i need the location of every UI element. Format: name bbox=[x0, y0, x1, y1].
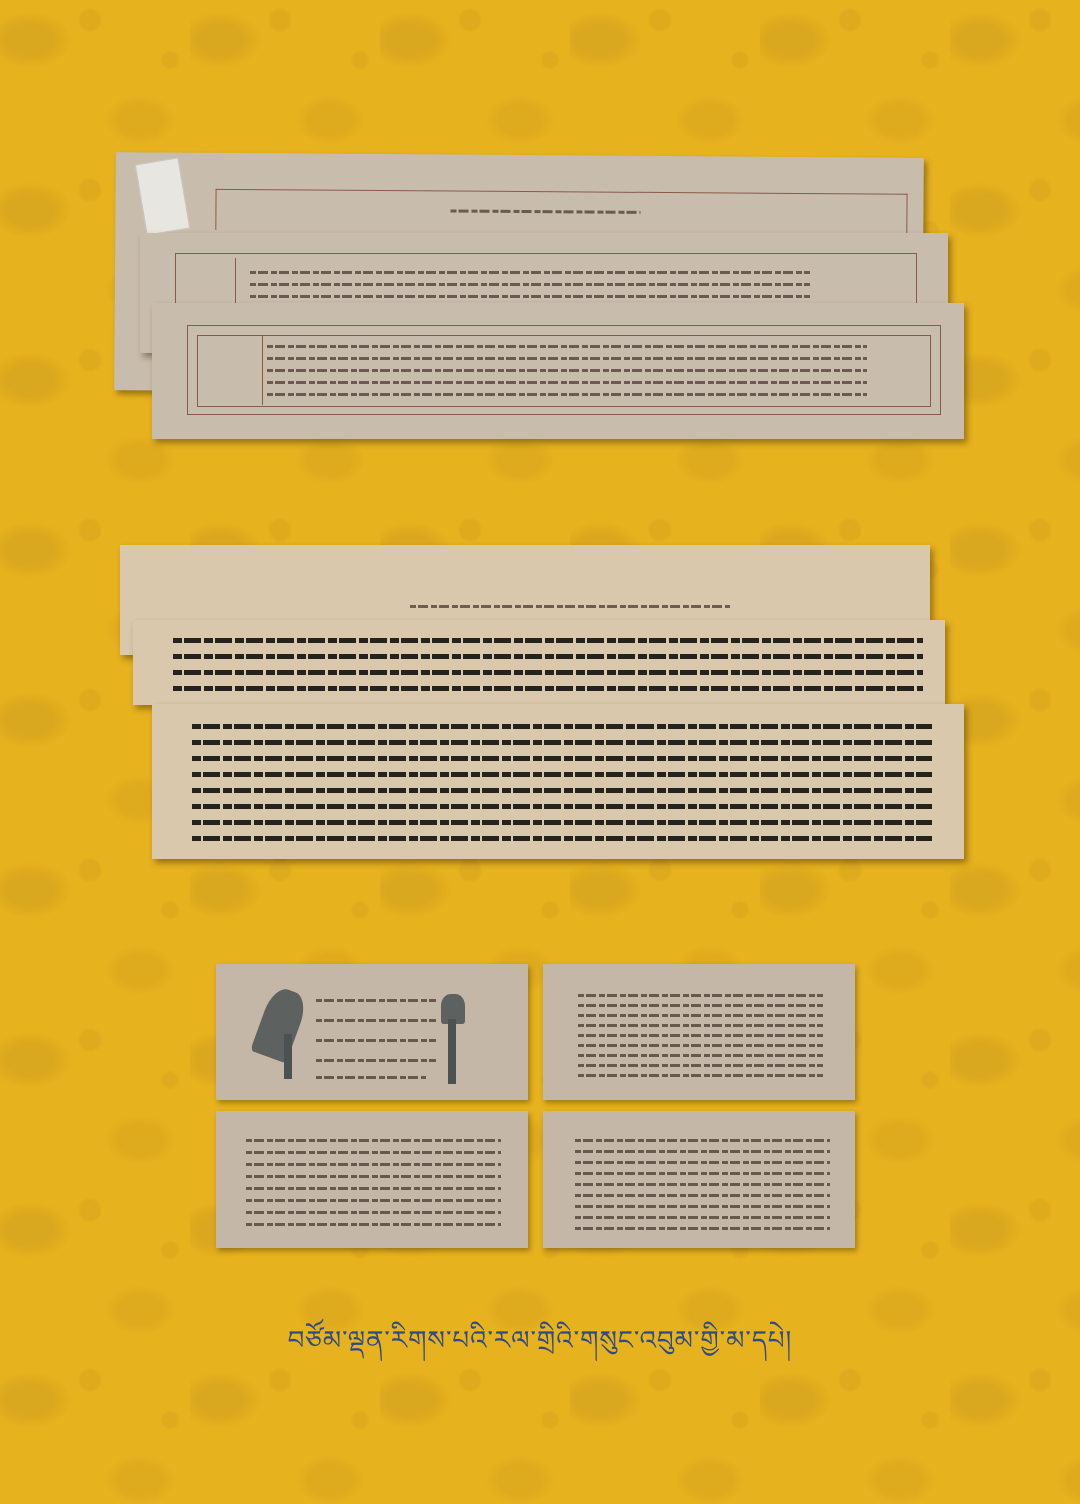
text-line bbox=[192, 820, 932, 825]
text-line bbox=[316, 1059, 436, 1062]
text-line bbox=[250, 271, 810, 274]
text-line bbox=[575, 1139, 830, 1142]
text-line bbox=[578, 1074, 823, 1077]
text-line bbox=[173, 686, 923, 691]
text-line bbox=[316, 999, 436, 1002]
tile-illustrated-folio bbox=[216, 964, 528, 1100]
text-line bbox=[192, 788, 932, 793]
label-slip bbox=[135, 157, 190, 235]
text-line bbox=[575, 1227, 830, 1230]
text-line bbox=[578, 1014, 823, 1017]
text-line bbox=[575, 1183, 830, 1186]
text-line bbox=[578, 1004, 823, 1007]
text-line bbox=[267, 393, 867, 396]
text-line bbox=[267, 369, 867, 372]
figure-stand bbox=[448, 1019, 456, 1084]
text-line bbox=[578, 1024, 823, 1027]
text-line bbox=[316, 1039, 436, 1042]
text-line bbox=[316, 1019, 436, 1022]
text-line bbox=[578, 1034, 823, 1037]
text-line bbox=[192, 772, 932, 777]
text-line bbox=[192, 740, 932, 745]
text-line bbox=[192, 724, 932, 729]
text-line bbox=[246, 1211, 501, 1214]
folio-3 bbox=[152, 704, 964, 859]
text-line bbox=[575, 1216, 830, 1219]
text-line bbox=[246, 1223, 501, 1226]
text-line bbox=[578, 1054, 823, 1057]
text-line bbox=[316, 1076, 426, 1079]
tile-text-folio-c bbox=[543, 1111, 855, 1248]
text-line bbox=[192, 836, 932, 841]
tibetan-caption: བཙོམ་ལྡན་རིགས་པའི་རལ་གྲིའི་གསུང་འབུམ་གྱི… bbox=[0, 1312, 1080, 1385]
text-line bbox=[192, 804, 932, 809]
text-line bbox=[173, 638, 923, 643]
text-line bbox=[578, 1064, 823, 1067]
text-line bbox=[267, 381, 867, 384]
conch-figure-icon bbox=[250, 985, 310, 1064]
folio-2 bbox=[133, 620, 945, 705]
text-line bbox=[575, 1161, 830, 1164]
text-line bbox=[578, 1044, 823, 1047]
text-line bbox=[246, 1139, 501, 1142]
text-line bbox=[246, 1151, 501, 1154]
text-line bbox=[173, 670, 923, 675]
text-line bbox=[246, 1187, 501, 1190]
text-line bbox=[267, 357, 867, 360]
text-line bbox=[246, 1175, 501, 1178]
tile-text-folio-b bbox=[216, 1111, 528, 1248]
text-line bbox=[173, 654, 923, 659]
text-line bbox=[192, 756, 932, 761]
text-line bbox=[575, 1194, 830, 1197]
text-line bbox=[246, 1199, 501, 1202]
title-text-line bbox=[410, 605, 730, 608]
text-line bbox=[246, 1163, 501, 1166]
text-line bbox=[578, 994, 823, 997]
text-line bbox=[575, 1150, 830, 1153]
text-line bbox=[575, 1205, 830, 1208]
tile-text-folio-a bbox=[543, 964, 855, 1100]
margin-rule bbox=[262, 335, 263, 405]
text-line bbox=[250, 283, 810, 286]
text-line bbox=[250, 295, 810, 298]
folio-3 bbox=[152, 303, 964, 439]
text-line bbox=[267, 345, 867, 348]
text-line bbox=[575, 1172, 830, 1175]
figure-stand bbox=[284, 1034, 292, 1079]
